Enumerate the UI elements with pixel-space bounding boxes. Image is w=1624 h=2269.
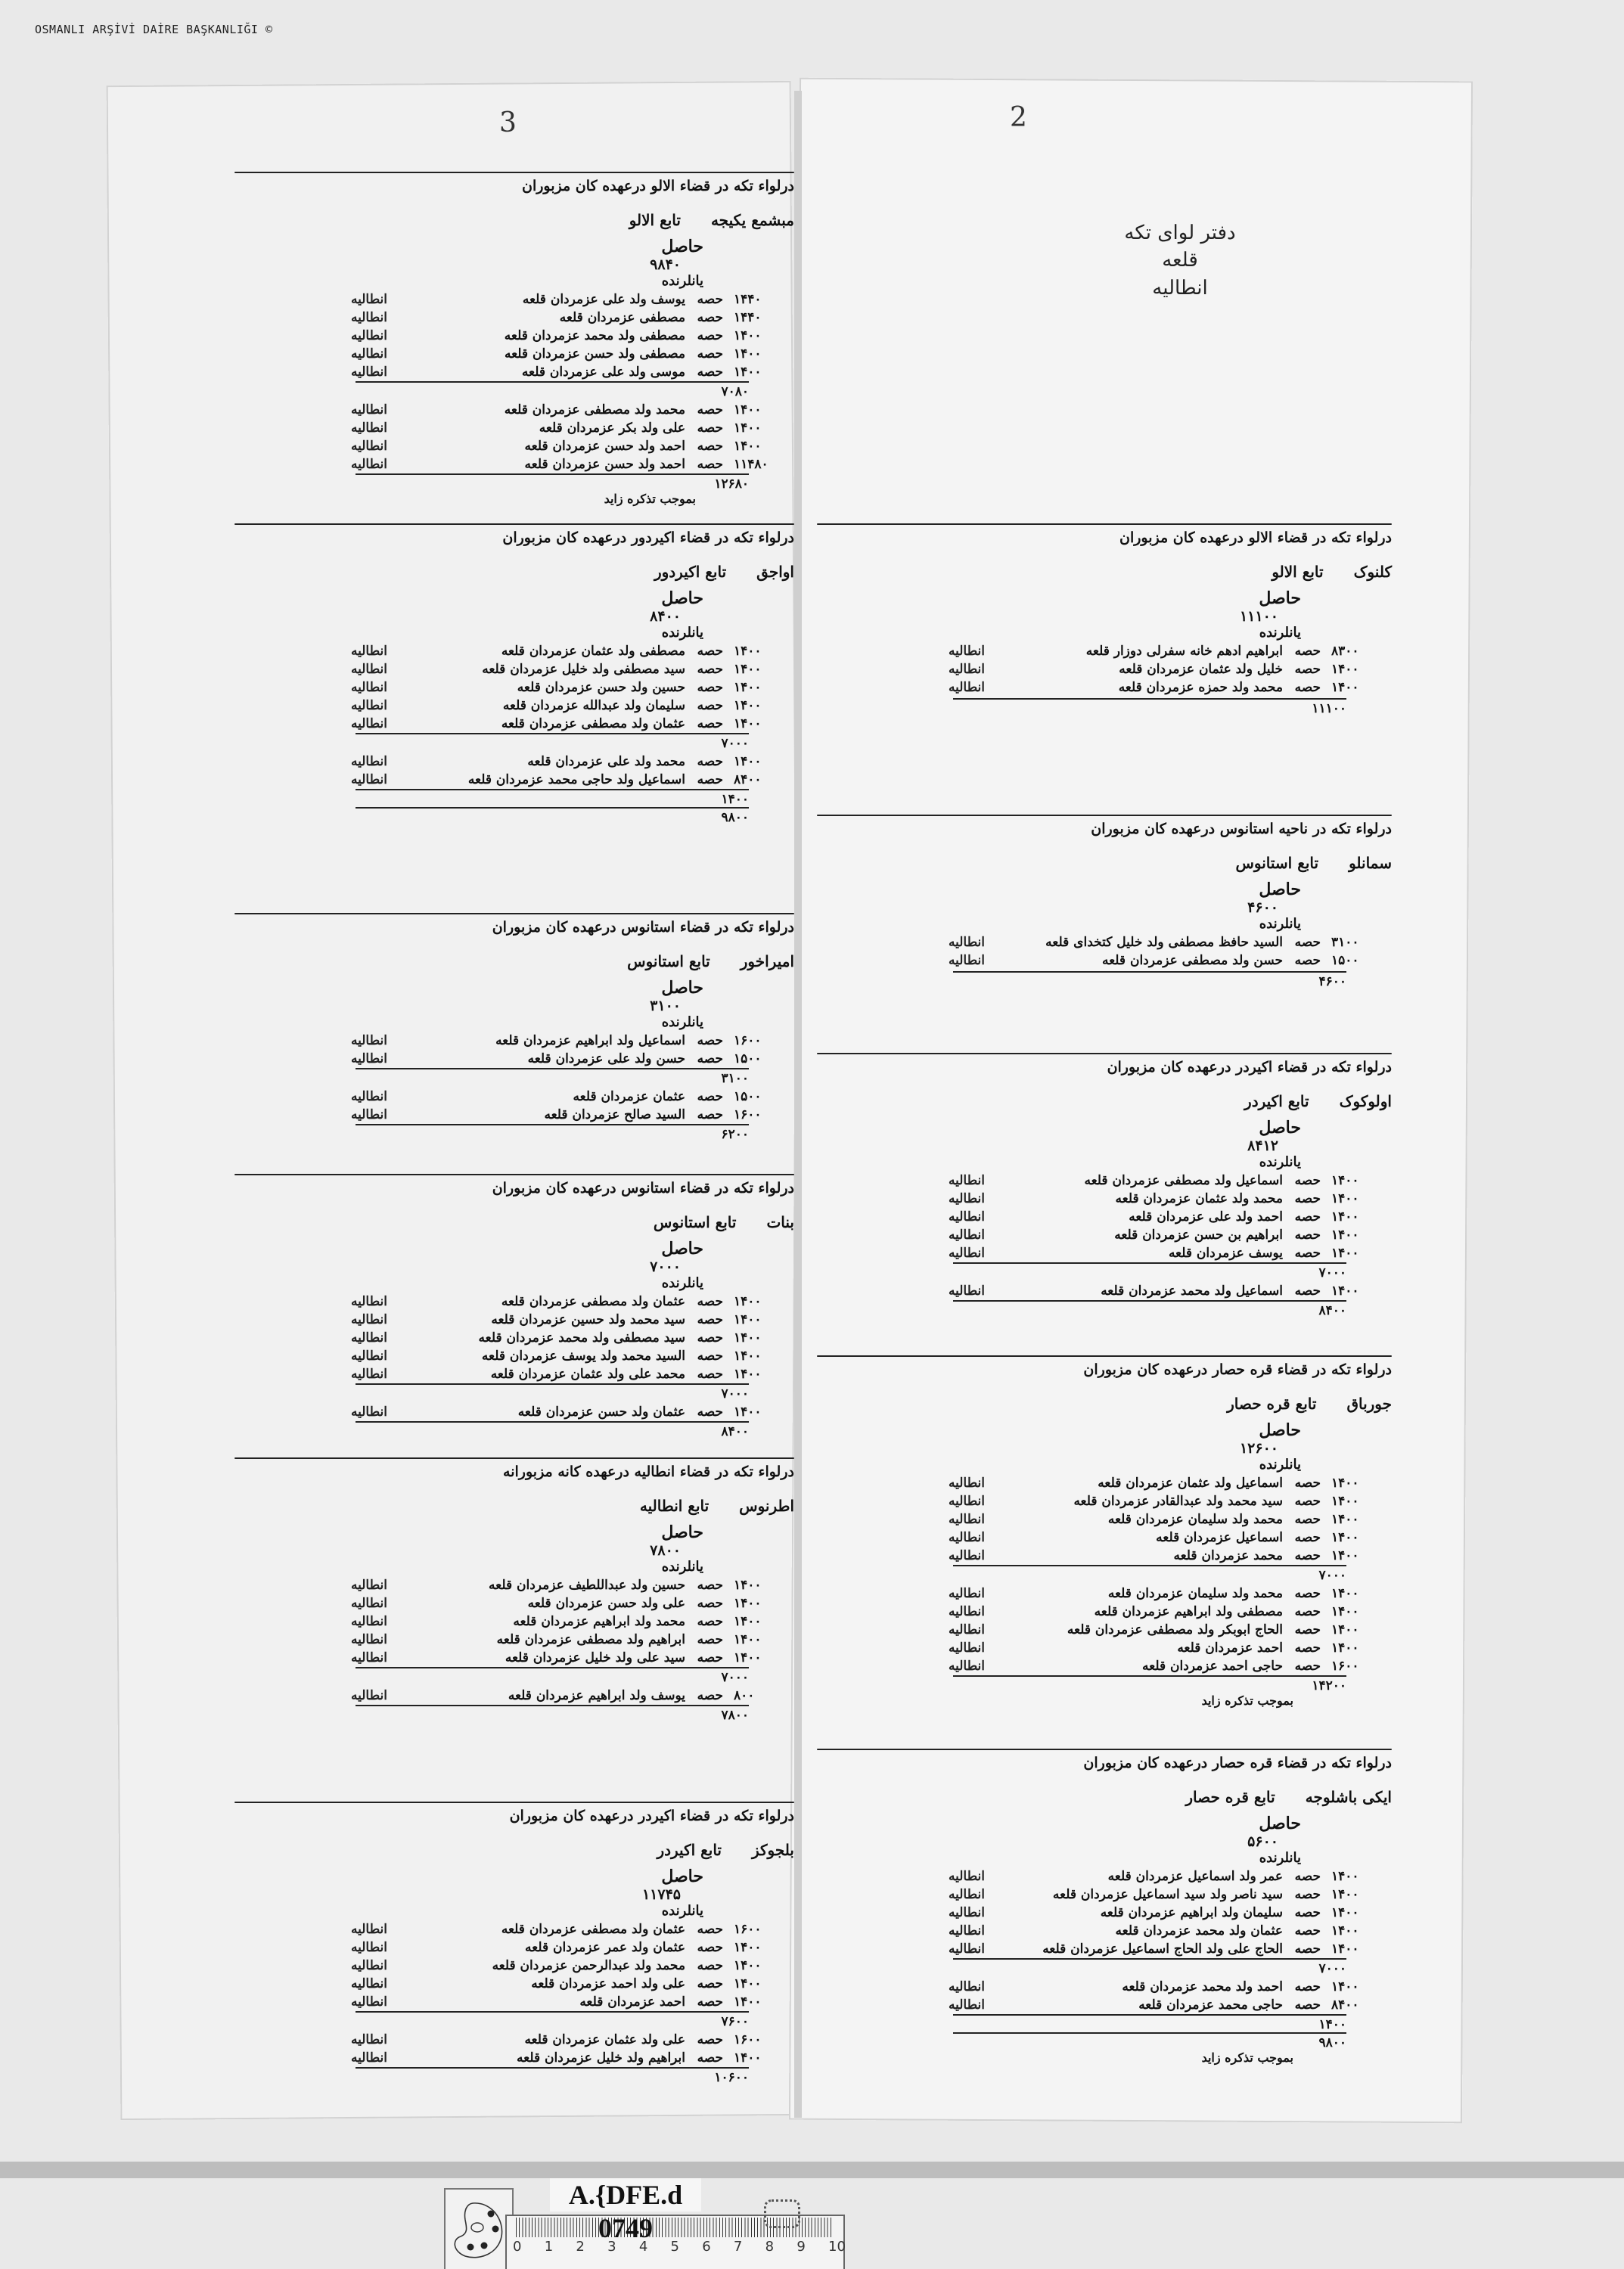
section-divider-line (234, 913, 794, 914)
share-label: حصه (1293, 1867, 1321, 1886)
share-rows: ۱۴۰۰حصهمحمد ولد علی عزمردان قلعهانطالیه۸… (250, 753, 794, 789)
holder-place: انطالیه (351, 290, 387, 309)
share-label: حصه (1293, 1282, 1321, 1300)
share-label: حصه (1293, 1603, 1321, 1621)
share-row: ۱۵۰۰حصهحسن ولد مصطفی عزمردان قلعهانطالیه (832, 951, 1392, 970)
share-rows: ۱۴۰۰حصهاسماعیل ولد عثمان عزمردان قلعهانط… (832, 1474, 1392, 1565)
holder-place: انطالیه (949, 1886, 985, 1904)
revenue-label: حاصل (832, 1814, 1301, 1833)
holder-place: انطالیه (949, 1547, 985, 1565)
share-amount: ۱۴۰۰ (1331, 1603, 1392, 1621)
share-rows: ۱۵۰۰حصهعثمان عزمردان قلعهانطالیه۱۶۰۰حصها… (250, 1088, 794, 1124)
share-amount: ۱۴۰۰ (734, 1957, 794, 1975)
archive-header: OSMANLI ARŞİVİ DAİRE BAŞKANLIĞI © (35, 23, 273, 36)
share-rows: ۱۴۰۰حصهاحمد ولد محمد عزمردان قلعهانطالیه… (832, 1978, 1392, 2014)
share-label: حصه (696, 1920, 723, 1938)
share-row: ۱۴۰۰حصهاحمد ولد محمد عزمردان قلعهانطالیه (832, 1978, 1392, 1996)
share-label: حصه (696, 753, 723, 771)
holder-name: عثمان ولد مصطفی عزمردان قلعه (398, 1293, 685, 1311)
share-label: حصه (696, 363, 723, 381)
section-total: ۱۱۱۰۰ (953, 698, 1346, 716)
share-label: حصه (696, 1975, 723, 1993)
holder-place: انطالیه (351, 697, 387, 715)
share-amount: ۱۴۰۰ (1331, 1510, 1392, 1529)
share-amount: ۱۵۰۰ (734, 1050, 794, 1068)
holder-place: انطالیه (949, 1492, 985, 1510)
holder-name: محمد ولد عثمان عزمردان قلعه (995, 1190, 1283, 1208)
share-amount: ۱۴۴۰ (734, 290, 794, 309)
holder-name: سلیمان ولد ابراهیم عزمردان قلعه (995, 1904, 1283, 1922)
section-heading: درلواء تکه در قضاء اکیردر درعهده کان مزب… (250, 1808, 794, 1824)
share-rows: ۱۴۰۰حصهمحمد ولد سلیمان عزمردان قلعهانطال… (832, 1585, 1392, 1675)
share-label: حصه (696, 1938, 723, 1957)
section-heading: درلواء تکه در قضاء الالو درعهده کان مزبو… (250, 178, 794, 194)
share-rows: ۱۴۰۰حصهعمر ولد اسماعیل عزمردان قلعهانطال… (832, 1867, 1392, 1958)
share-row: ۱۴۰۰حصهمحمد ولد سلیمان عزمردان قلعهانطال… (832, 1585, 1392, 1603)
holder-name: ابراهیم ادهم خانه سفرلی دوزار قلعه (995, 642, 1283, 660)
village-name: بلجوکز (752, 1841, 794, 1859)
holder-name: یوسف ولد علی عزمردان قلعه (398, 290, 685, 309)
share-label: حصه (1293, 642, 1321, 660)
share-label: حصه (1293, 1904, 1321, 1922)
share-label: حصه (696, 1365, 723, 1383)
holder-place: انطالیه (949, 1474, 985, 1492)
share-amount: ۱۴۰۰ (734, 678, 794, 697)
share-amount: ۱۴۰۰ (1331, 1244, 1392, 1262)
register-section: درلواء تکه در قضاء اکیردر درعهده کان مزب… (250, 1808, 794, 2085)
share-label: حصه (696, 1403, 723, 1421)
share-label: حصه (696, 327, 723, 345)
holder-place: انطالیه (949, 1190, 985, 1208)
district-label: تابع اکیردر (1244, 1092, 1309, 1110)
share-label: حصه (1293, 1940, 1321, 1958)
share-label: حصه (1293, 1529, 1321, 1547)
share-row: ۱۴۰۰حصهمحمد ولد مصطفی عزمردان قلعهانطالی… (250, 401, 794, 419)
share-row: ۱۴۰۰حصهعثمان ولد مصطفی عزمردان قلعهانطال… (250, 1293, 794, 1311)
section-divider-line (234, 1457, 794, 1459)
holder-place: انطالیه (351, 437, 387, 455)
share-row: ۱۶۰۰حصهعلی ولد عثمان عزمردان قلعهانطالیه (250, 2031, 794, 2049)
share-label: حصه (1293, 1886, 1321, 1904)
revenue-total: ۴۶۰۰ (832, 899, 1278, 916)
share-row: ۱۶۰۰حصهعثمان ولد مصطفی عزمردان قلعهانطال… (250, 1920, 794, 1938)
village-line: سمانلوتابع استانوس (832, 854, 1392, 872)
shares-label: یانلرنده (832, 1850, 1301, 1866)
holder-place: انطالیه (351, 1329, 387, 1347)
share-amount: ۱۴۰۰ (1331, 1172, 1392, 1190)
share-label: حصه (696, 309, 723, 327)
register-section: درلواء تکه در قضاء اکیردور درعهده کان مز… (250, 529, 794, 825)
share-amount: ۱۴۰۰ (734, 1329, 794, 1347)
section-total: ۴۶۰۰ (953, 971, 1346, 989)
revenue-total: ۱۱۷۴۵ (250, 1886, 681, 1903)
section-divider-line (817, 1355, 1392, 1357)
share-row: ۱۴۰۰حصهالسید محمد ولد یوسف عزمردان قلعها… (250, 1347, 794, 1365)
section-heading: درلواء تکه در قضاء قره حصار درعهده کان م… (832, 1755, 1392, 1771)
share-row: ۱۴۰۰حصهعثمان ولد محمد عزمردان قلعهانطالی… (832, 1922, 1392, 1940)
share-amount: ۱۴۰۰ (734, 660, 794, 678)
holder-name: محمد علی ولد عثمان عزمردان قلعه (398, 1365, 685, 1383)
share-label: حصه (1293, 660, 1321, 678)
register-section: درلواء تکه در قضاء اکیردر درعهده کان مزب… (832, 1059, 1392, 1318)
share-label: حصه (696, 642, 723, 660)
share-row: ۱۴۰۰حصهعلی ولد بکر عزمردان قلعهانطالیه (250, 419, 794, 437)
section-note: بموجب تذکره زاید (250, 492, 696, 506)
shares-label: یانلرنده (832, 625, 1301, 641)
revenue-label: حاصل (250, 978, 703, 998)
share-label: حصه (1293, 678, 1321, 697)
subtotal: ۷۰۰۰ (953, 1565, 1346, 1583)
revenue-total: ۸۴۱۲ (832, 1138, 1278, 1154)
share-label: حصه (1293, 1547, 1321, 1565)
share-row: ۱۴۰۰حصهسید مصطفی ولد محمد عزمردان قلعهان… (250, 1329, 794, 1347)
share-amount: ۱۴۰۰ (734, 437, 794, 455)
shares-label: یانلرنده (250, 1014, 703, 1030)
holder-name: السید حافظ مصطفی ولد خلیل کتخدای قلعه (995, 933, 1283, 951)
holder-place: انطالیه (949, 933, 985, 951)
holder-name: خلیل ولد عثمان عزمردان قلعه (995, 660, 1283, 678)
share-row: ۱۴۰۰حصهمحمد عزمردان قلعهانطالیه (832, 1547, 1392, 1565)
share-label: حصه (696, 1993, 723, 2011)
section-total: ۱۲۶۸۰ (356, 473, 749, 492)
share-amount: ۱۴۰۰ (734, 401, 794, 419)
share-amount: ۱۶۰۰ (734, 1920, 794, 1938)
section-total: ۷۸۰۰ (356, 1705, 749, 1723)
share-amount: ۱۵۰۰ (1331, 951, 1392, 970)
subtotal: ۳۱۰۰ (356, 1068, 749, 1086)
share-label: حصه (696, 455, 723, 473)
ruler-number: 10 (828, 2239, 846, 2255)
holder-place: انطالیه (949, 1244, 985, 1262)
share-row: ۱۴۰۰حصهمحمد ولد عبدالرحمن عزمردان قلعهان… (250, 1957, 794, 1975)
ruler-number: 5 (671, 2239, 679, 2255)
holder-name: سید مصطفی ولد محمد عزمردان قلعه (398, 1329, 685, 1347)
share-amount: ۱۴۰۰ (734, 1993, 794, 2011)
title-line-2: قلعه (1059, 247, 1301, 274)
share-label: حصه (1293, 1510, 1321, 1529)
share-amount: ۱۴۰۰ (734, 1365, 794, 1383)
revenue-total: ۷۰۰۰ (250, 1259, 681, 1275)
holder-name: محمد ولد سلیمان عزمردان قلعه (995, 1585, 1283, 1603)
holder-name: سلیمان ولد عبدالله عزمردان قلعه (398, 697, 685, 715)
holder-place: انطالیه (351, 401, 387, 419)
shares-label: یانلرنده (832, 1154, 1301, 1170)
holder-place: انطالیه (351, 771, 387, 789)
holder-name: حسین ولد عبداللطیف عزمردان قلعه (398, 1576, 685, 1594)
share-row: ۱۴۰۰حصهاسماعیل ولد عثمان عزمردان قلعهانط… (832, 1474, 1392, 1492)
revenue-label: حاصل (250, 1867, 703, 1886)
shares-label: یانلرنده (832, 1457, 1301, 1473)
share-label: حصه (696, 437, 723, 455)
share-amount: ۱۴۰۰ (734, 1938, 794, 1957)
share-row: ۱۴۰۰حصهسید محمد ولد حسین عزمردان قلعهانط… (250, 1311, 794, 1329)
holder-name: اسماعیل ولد محمد عزمردان قلعه (995, 1282, 1283, 1300)
holder-name: اسماعیل ولد حاجی محمد عزمردان قلعه (398, 771, 685, 789)
section-total: ۹۸۰۰ (356, 807, 749, 825)
share-amount: ۱۶۰۰ (734, 1032, 794, 1050)
share-row: ۱۴۰۰حصهسید علی ولد خلیل عزمردان قلعهانطا… (250, 1649, 794, 1667)
holder-name: الحاج ابوبکر ولد مصطفی عزمردان قلعه (995, 1621, 1283, 1639)
district-label: تابع استانوس (654, 1213, 737, 1231)
section-divider-line (234, 1174, 794, 1175)
section-total: ۶۲۰۰ (356, 1124, 749, 1142)
share-label: حصه (696, 697, 723, 715)
share-row: ۱۴۰۰حصهالحاج علی ولد الحاج اسماعیل عزمرد… (832, 1940, 1392, 1958)
share-row: ۱۴۰۰حصهخلیل ولد عثمان عزمردان قلعهانطالی… (832, 660, 1392, 678)
holder-name: محمد ولد مصطفی عزمردان قلعه (398, 401, 685, 419)
share-rows: ۸۰۰حصهیوسف ولد ابراهیم عزمردان قلعهانطال… (250, 1687, 794, 1705)
share-amount: ۱۴۰۰ (1331, 1886, 1392, 1904)
share-row: ۱۴۰۰حصهحسین ولد حسن عزمردان قلعهانطالیه (250, 678, 794, 697)
share-row: ۱۴۰۰حصهابراهیم ولد خلیل عزمردان قلعهانطا… (250, 2049, 794, 2067)
right-page-number: 2 (1010, 102, 1027, 133)
holder-name: احمد ولد محمد عزمردان قلعه (995, 1978, 1283, 1996)
village-line: بلجوکزتابع اکیردر (250, 1841, 794, 1859)
holder-place: انطالیه (351, 1594, 387, 1613)
share-row: ۱۴۰۰حصهمحمد ولد ابراهیم عزمردان قلعهانطا… (250, 1613, 794, 1631)
share-amount: ۱۴۰۰ (1331, 1940, 1392, 1958)
revenue-label: حاصل (250, 237, 703, 256)
section-divider-line (817, 815, 1392, 816)
holder-place: انطالیه (351, 660, 387, 678)
share-row: ۱۴۰۰حصهسید ناصر ولد سید اسماعیل عزمردان … (832, 1886, 1392, 1904)
section-heading: درلواء تکه در قضاء قره حصار درعهده کان م… (832, 1361, 1392, 1378)
share-label: حصه (696, 1576, 723, 1594)
share-amount: ۸۴۰۰ (1331, 1996, 1392, 2014)
share-row: ۳۱۰۰حصهالسید حافظ مصطفی ولد خلیل کتخدای … (832, 933, 1392, 951)
share-row: ۱۴۰۰حصهابراهیم بن حسن عزمردان قلعهانطالی… (832, 1226, 1392, 1244)
holder-place: انطالیه (949, 1904, 985, 1922)
section-divider-line (234, 1802, 794, 1803)
village-line: مبشمع یکیجهتابع الالو (250, 211, 794, 229)
ruler-number: 6 (702, 2239, 710, 2255)
share-rows: ۱۶۰۰حصهعثمان ولد مصطفی عزمردان قلعهانطال… (250, 1920, 794, 2011)
holder-place: انطالیه (351, 309, 387, 327)
share-row: ۱۴۰۰حصهموسی ولد علی عزمردان قلعهانطالیه (250, 363, 794, 381)
share-row: ۱۴۰۰حصهمحمد ولد حمزه عزمردان قلعهانطالیه (832, 678, 1392, 697)
share-label: حصه (1293, 1639, 1321, 1657)
share-row: ۱۴۰۰حصهاسماعیل ولد محمد عزمردان قلعهانطا… (832, 1282, 1392, 1300)
share-amount: ۱۴۰۰ (1331, 1492, 1392, 1510)
holder-name: مصطفی ولد حسن عزمردان قلعه (398, 345, 685, 363)
holder-name: محمد ولد علی عزمردان قلعه (398, 753, 685, 771)
share-row: ۱۴۰۰حصهسید مصطفی ولد خلیل عزمردان قلعهان… (250, 660, 794, 678)
holder-place: انطالیه (949, 1657, 985, 1675)
share-label: حصه (696, 1631, 723, 1649)
share-label: حصه (696, 1957, 723, 1975)
holder-place: انطالیه (949, 1529, 985, 1547)
share-amount: ۱۴۰۰ (1331, 1547, 1392, 1565)
share-amount: ۱۴۰۰ (1331, 660, 1392, 678)
left-page-number: 3 (499, 107, 517, 138)
share-label: حصه (696, 1032, 723, 1050)
share-label: حصه (696, 290, 723, 309)
revenue-label: حاصل (250, 1522, 703, 1542)
ruler-numbers: 012345678910 (513, 2239, 846, 2255)
share-amount: ۱۱۴۸۰ (734, 455, 794, 473)
share-row: ۸۴۰۰حصهحاجی محمد عزمردان قلعهانطالیه (832, 1996, 1392, 2014)
share-row: ۱۴۰۰حصهاسماعیل عزمردان قلعهانطالیه (832, 1529, 1392, 1547)
district-label: تابع قره حصار (1185, 1788, 1275, 1806)
share-row: ۱۶۰۰حصهحاجی احمد عزمردان قلعهانطالیه (832, 1657, 1392, 1675)
share-row: ۱۴۰۰حصهعلی ولد حسن عزمردان قلعهانطالیه (250, 1594, 794, 1613)
holder-name: یوسف عزمردان قلعه (995, 1244, 1283, 1262)
subtotal-2: ۱۴۰۰ (356, 789, 749, 807)
holder-name: علی ولد احمد عزمردان قلعه (398, 1975, 685, 1993)
holder-name: احمد ولد حسن عزمردان قلعه (398, 437, 685, 455)
holder-place: انطالیه (351, 678, 387, 697)
holder-place: انطالیه (949, 1940, 985, 1958)
holder-name: عثمان عزمردان قلعه (398, 1088, 685, 1106)
share-label: حصه (696, 1106, 723, 1124)
share-label: حصه (696, 2031, 723, 2049)
share-amount: ۱۵۰۰ (734, 1088, 794, 1106)
holder-name: محمد ولد سلیمان عزمردان قلعه (995, 1510, 1283, 1529)
village-name: سمانلو (1349, 854, 1392, 872)
subtotal: ۷۰۰۰ (953, 1262, 1346, 1280)
section-heading: درلواء تکه در قضاء استانوس درعهده کان مز… (250, 1180, 794, 1197)
share-amount: ۱۶۰۰ (734, 2031, 794, 2049)
share-rows: ۱۴۰۰حصهاسماعیل ولد محمد عزمردان قلعهانطا… (832, 1282, 1392, 1300)
shares-label: یانلرنده (250, 273, 703, 289)
holder-place: انطالیه (351, 1613, 387, 1631)
section-total: ۹۸۰۰ (953, 2032, 1346, 2050)
revenue-total: ۱۱۱۰۰ (832, 608, 1278, 625)
village-name: اولوکوک (1340, 1092, 1392, 1110)
share-row: ۱۴۰۰حصهسلیمان ولد ابراهیم عزمردان قلعهان… (832, 1904, 1392, 1922)
holder-place: انطالیه (351, 363, 387, 381)
holder-place: انطالیه (351, 1938, 387, 1957)
share-amount: ۱۴۰۰ (734, 642, 794, 660)
share-label: حصه (696, 419, 723, 437)
district-label: تابع استانوس (627, 952, 710, 970)
village-name: مبشمع یکیجه (711, 211, 794, 229)
holder-place: انطالیه (351, 1088, 387, 1106)
holder-place: انطالیه (949, 1226, 985, 1244)
share-row: ۱۴۰۰حصهالحاج ابوبکر ولد مصطفی عزمردان قل… (832, 1621, 1392, 1639)
holder-name: علی ولد بکر عزمردان قلعه (398, 419, 685, 437)
village-name: اواجق (756, 563, 794, 581)
share-amount: ۸۰۰ (734, 1687, 794, 1705)
share-row: ۱۴۰۰حصهمحمد ولد علی عزمردان قلعهانطالیه (250, 753, 794, 771)
ruler-number: 0 (513, 2239, 521, 2255)
revenue-total: ۷۸۰۰ (250, 1542, 681, 1559)
share-label: حصه (1293, 1190, 1321, 1208)
title-line-3: انطالیه (1059, 275, 1301, 302)
share-amount: ۱۴۰۰ (1331, 1226, 1392, 1244)
register-section: درلواء تکه در قضاء الالو درعهده کان مزبو… (250, 178, 794, 506)
village-name: ایکی باشلوجه (1306, 1788, 1392, 1806)
share-row: ۱۴۰۰حصهاحمد عزمردان قلعهانطالیه (250, 1993, 794, 2011)
register-section: درلواء تکه در قضاء قره حصار درعهده کان م… (832, 1361, 1392, 1708)
section-divider-line (817, 523, 1392, 525)
section-note: بموجب تذکره زاید (832, 2050, 1293, 2065)
section-divider-line (234, 172, 794, 173)
section-divider-line (234, 523, 794, 525)
share-amount: ۱۴۰۰ (734, 1576, 794, 1594)
holder-place: انطالیه (949, 1978, 985, 1996)
revenue-label: حاصل (250, 1239, 703, 1259)
holder-place: انطالیه (351, 1403, 387, 1421)
share-amount: ۱۴۰۰ (1331, 1621, 1392, 1639)
scan-band (0, 2162, 1624, 2178)
subtotal: ۷۰۸۰ (356, 381, 749, 399)
section-heading: درلواء تکه در قضاء اکیردور درعهده کان مز… (250, 529, 794, 546)
share-label: حصه (696, 1293, 723, 1311)
holder-place: انطالیه (949, 642, 985, 660)
share-label: حصه (696, 1329, 723, 1347)
holder-place: انطالیه (949, 951, 985, 970)
holder-name: ابراهیم ولد خلیل عزمردان قلعه (398, 2049, 685, 2067)
share-row: ۸۳۰۰حصهابراهیم ادهم خانه سفرلی دوزار قلع… (832, 642, 1392, 660)
section-divider-line (817, 1053, 1392, 1054)
share-row: ۱۴۴۰حصهمصطفی عزمردان قلعهانطالیه (250, 309, 794, 327)
shares-label: یانلرنده (250, 625, 703, 641)
share-amount: ۱۴۰۰ (1331, 1978, 1392, 1996)
holder-name: سید مصطفی ولد خلیل عزمردان قلعه (398, 660, 685, 678)
share-label: حصه (696, 1050, 723, 1068)
share-label: حصه (1293, 1208, 1321, 1226)
ruler-number: 8 (765, 2239, 774, 2255)
subtotal: ۷۰۰۰ (953, 1958, 1346, 1976)
holder-place: انطالیه (949, 1621, 985, 1639)
share-rows: ۱۴۰۰حصهاسماعیل ولد مصطفی عزمردان قلعهانط… (832, 1172, 1392, 1262)
shares-label: یانلرنده (832, 916, 1301, 932)
share-label: حصه (1293, 1172, 1321, 1190)
holder-name: سید محمد ولد حسین عزمردان قلعه (398, 1311, 685, 1329)
holder-place: انطالیه (351, 419, 387, 437)
district-label: تابع الالو (629, 211, 681, 229)
holder-name: احمد ولد علی عزمردان قلعه (995, 1208, 1283, 1226)
holder-name: احمد عزمردان قلعه (398, 1993, 685, 2011)
rounded-tag-marker (764, 2199, 800, 2228)
village-line: ایکی باشلوجهتابع قره حصار (832, 1788, 1392, 1806)
share-amount: ۱۴۰۰ (1331, 1904, 1392, 1922)
share-label: حصه (1293, 933, 1321, 951)
share-label: حصه (696, 345, 723, 363)
shares-label: یانلرنده (250, 1903, 703, 1919)
share-amount: ۱۴۰۰ (734, 1293, 794, 1311)
share-amount: ۱۴۰۰ (734, 1975, 794, 1993)
holder-name: ابراهیم ولد مصطفی عزمردان قلعه (398, 1631, 685, 1649)
holder-place: انطالیه (351, 1957, 387, 1975)
right-page-title: دفتر لوای تکه قلعه انطالیه (1059, 219, 1301, 302)
holder-place: انطالیه (949, 1996, 985, 2014)
share-row: ۱۴۰۰حصهمصطفی ولد ابراهیم عزمردان قلعهانط… (832, 1603, 1392, 1621)
palette-icon (450, 2197, 506, 2262)
share-amount: ۱۴۰۰ (1331, 1474, 1392, 1492)
section-heading: درلواء تکه در ناحیه استانوس درعهده کان م… (832, 821, 1392, 837)
share-amount: ۱۴۰۰ (734, 327, 794, 345)
share-label: حصه (696, 2049, 723, 2067)
register-section: درلواء تکه در قضاء الالو درعهده کان مزبو… (832, 529, 1392, 716)
holder-name: محمد ولد ابراهیم عزمردان قلعه (398, 1613, 685, 1631)
holder-place: انطالیه (351, 1631, 387, 1649)
share-amount: ۱۴۰۰ (1331, 1529, 1392, 1547)
share-row: ۱۴۰۰حصهمصطفی ولد حسن عزمردان قلعهانطالیه (250, 345, 794, 363)
holder-place: انطالیه (949, 1603, 985, 1621)
holder-name: اسماعیل عزمردان قلعه (995, 1529, 1283, 1547)
village-name: اطرنوس (739, 1497, 794, 1515)
share-row: ۱۴۰۰حصهمحمد علی ولد عثمان عزمردان قلعهان… (250, 1365, 794, 1383)
share-amount: ۳۱۰۰ (1331, 933, 1392, 951)
share-amount: ۸۳۰۰ (1331, 642, 1392, 660)
holder-place: انطالیه (949, 1172, 985, 1190)
holder-name: علی ولد عثمان عزمردان قلعه (398, 2031, 685, 2049)
holder-name: عثمان ولد حسن عزمردان قلعه (398, 1403, 685, 1421)
holder-place: انطالیه (949, 678, 985, 697)
share-row: ۱۴۰۰حصهعلی ولد احمد عزمردان قلعهانطالیه (250, 1975, 794, 1993)
